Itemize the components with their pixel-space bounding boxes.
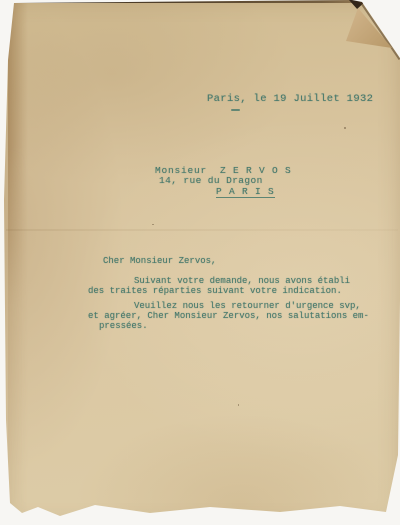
paper-speck: [344, 127, 346, 129]
recipient-street: 14, rue du Dragon: [159, 176, 263, 186]
paper-crease: [6, 229, 398, 231]
recipient-city: P A R I S: [216, 187, 275, 198]
left-edge-shadow: [8, 0, 32, 525]
body-line-5: pressées.: [99, 321, 148, 331]
scanned-letter: Paris, le 19 Juillet 1932 Monsieur Z E R…: [0, 0, 400, 525]
letter-paper: Paris, le 19 Juillet 1932 Monsieur Z E R…: [0, 0, 400, 525]
paper-top-edge: [12, 0, 356, 3]
date-underline-mark: [231, 109, 240, 111]
letter-dateline: Paris, le 19 Juillet 1932: [207, 94, 373, 104]
body-line-1: Suivant votre demande, nous avons établi: [134, 276, 350, 286]
body-line-2: des traites réparties suivant votre indi…: [88, 286, 342, 296]
body-line-4: et agréer, Cher Monsieur Zervos, nos sal…: [88, 311, 369, 321]
body-line-3: Veuillez nous les retourner d'urgence sv…: [134, 301, 361, 311]
salutation: Cher Monsieur Zervos,: [103, 256, 216, 266]
paper-speck: [238, 404, 239, 406]
paper-speck: [152, 224, 154, 225]
